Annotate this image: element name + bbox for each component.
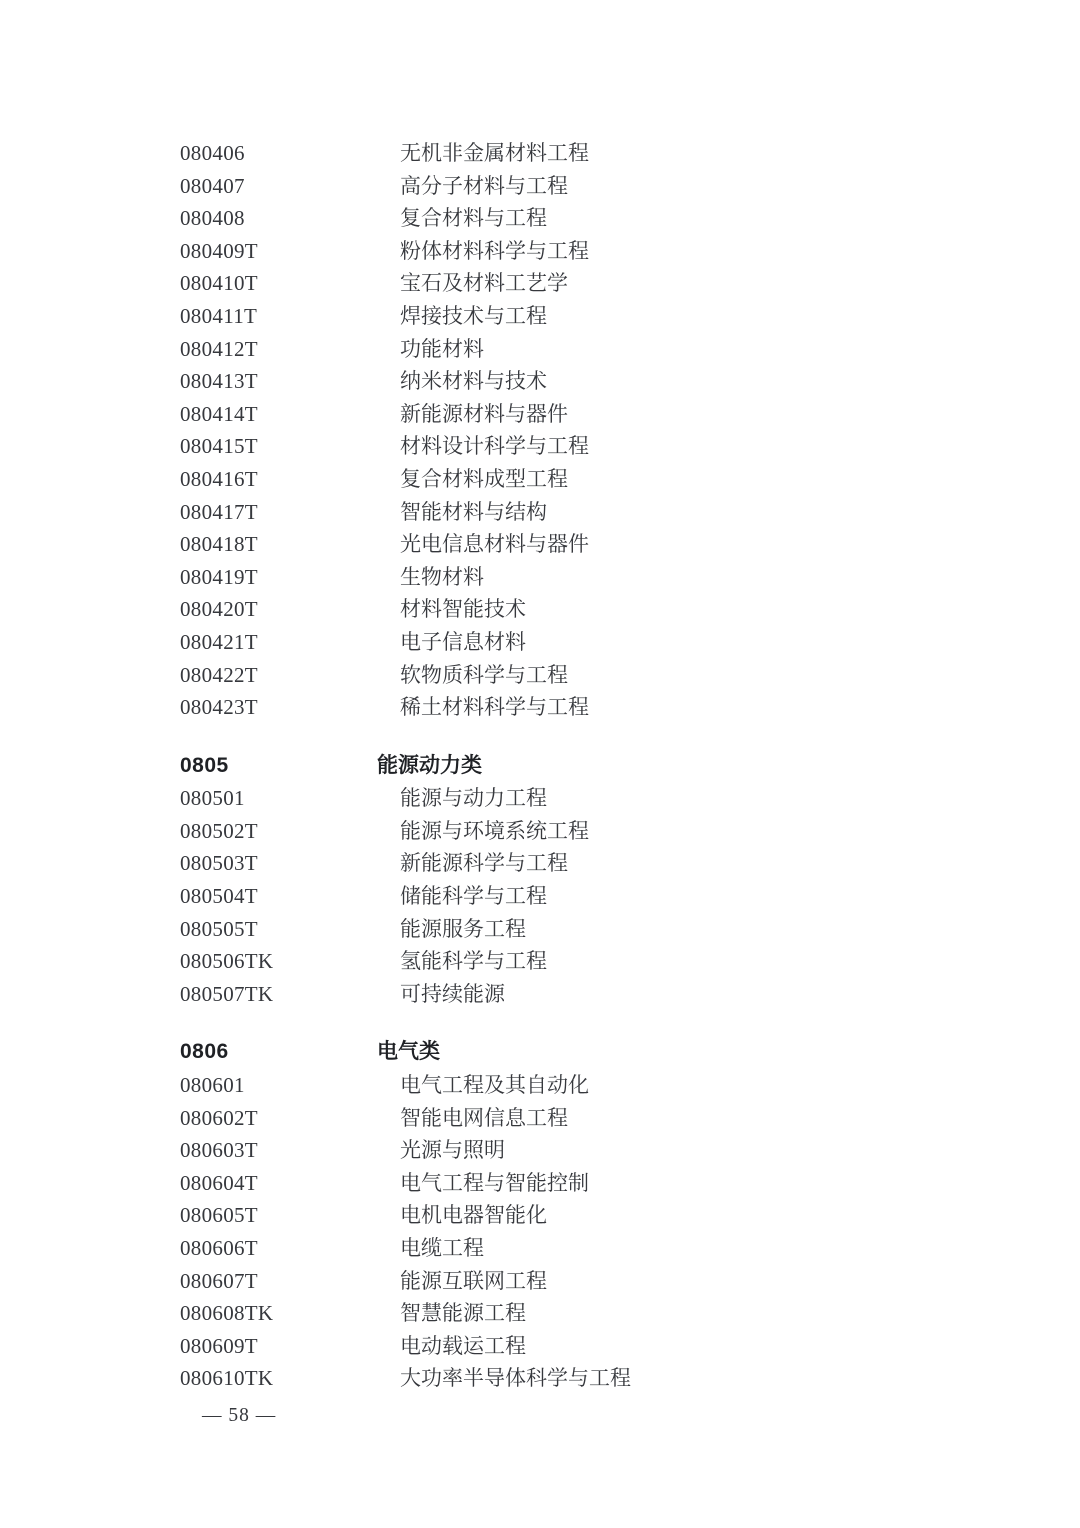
major-code: 080605T [180, 1199, 400, 1232]
major-code: 080420T [180, 593, 400, 626]
major-code-list: 080406 无机非金属材料工程 080407 高分子材料与工程 080408 … [180, 137, 900, 1395]
major-row: 080603T 光源与照明 [180, 1134, 900, 1167]
major-code: 080506TK [180, 945, 400, 978]
major-row: 080502T 能源与环境系统工程 [180, 815, 900, 848]
section-header: 0805 能源动力类 [180, 750, 900, 783]
major-code: 080407 [180, 170, 400, 203]
major-code: 080501 [180, 782, 400, 815]
major-name: 焊接技术与工程 [400, 300, 900, 333]
major-name: 高分子材料与工程 [400, 170, 900, 203]
major-code: 080406 [180, 137, 400, 170]
major-row: 080415T 材料设计科学与工程 [180, 430, 900, 463]
major-row: 080422T 软物质科学与工程 [180, 659, 900, 692]
major-code: 080414T [180, 398, 400, 431]
major-name: 光电信息材料与器件 [400, 528, 900, 561]
major-name: 电机电器智能化 [400, 1199, 900, 1232]
major-name: 复合材料与工程 [400, 202, 900, 235]
major-code: 080604T [180, 1167, 400, 1200]
section-title: 电气类 [377, 1036, 900, 1069]
major-row: 080414T 新能源材料与器件 [180, 398, 900, 431]
major-code: 080415T [180, 430, 400, 463]
major-code: 080421T [180, 626, 400, 659]
major-code: 080422T [180, 659, 400, 692]
major-name: 能源服务工程 [400, 913, 900, 946]
major-row: 080601 电气工程及其自动化 [180, 1069, 900, 1102]
major-code: 080423T [180, 691, 400, 724]
major-code: 080503T [180, 847, 400, 880]
major-code: 080603T [180, 1134, 400, 1167]
major-row: 080605T 电机电器智能化 [180, 1199, 900, 1232]
section-code: 0806 [180, 1036, 400, 1069]
major-row: 080608TK 智慧能源工程 [180, 1297, 900, 1330]
major-name: 储能科学与工程 [400, 880, 900, 913]
major-code: 080417T [180, 496, 400, 529]
major-row: 080411T 焊接技术与工程 [180, 300, 900, 333]
major-row: 080604T 电气工程与智能控制 [180, 1167, 900, 1200]
major-name: 光源与照明 [400, 1134, 900, 1167]
major-name: 电缆工程 [400, 1232, 900, 1265]
major-row: 080412T 功能材料 [180, 333, 900, 366]
major-row: 080416T 复合材料成型工程 [180, 463, 900, 496]
major-code: 080610TK [180, 1362, 400, 1395]
major-name: 材料设计科学与工程 [400, 430, 900, 463]
major-name: 智慧能源工程 [400, 1297, 900, 1330]
major-row: 080507TK 可持续能源 [180, 978, 900, 1011]
major-code: 080416T [180, 463, 400, 496]
major-code: 080606T [180, 1232, 400, 1265]
major-row: 080421T 电子信息材料 [180, 626, 900, 659]
major-code: 080608TK [180, 1297, 400, 1330]
major-row: 080606T 电缆工程 [180, 1232, 900, 1265]
major-code: 080601 [180, 1069, 400, 1102]
major-code: 080409T [180, 235, 400, 268]
major-name: 氢能科学与工程 [400, 945, 900, 978]
major-name: 智能电网信息工程 [400, 1102, 900, 1135]
major-row: 080423T 稀土材料科学与工程 [180, 691, 900, 724]
major-code: 080505T [180, 913, 400, 946]
major-name: 宝石及材料工艺学 [400, 267, 900, 300]
major-code: 080418T [180, 528, 400, 561]
major-row: 080607T 能源互联网工程 [180, 1265, 900, 1298]
major-name: 电动载运工程 [400, 1330, 900, 1363]
major-code: 080502T [180, 815, 400, 848]
major-row: 080506TK 氢能科学与工程 [180, 945, 900, 978]
major-name: 生物材料 [400, 561, 900, 594]
major-name: 智能材料与结构 [400, 496, 900, 529]
major-name: 新能源科学与工程 [400, 847, 900, 880]
major-row: 080410T 宝石及材料工艺学 [180, 267, 900, 300]
major-name: 能源互联网工程 [400, 1265, 900, 1298]
major-code: 080419T [180, 561, 400, 594]
major-row: 080609T 电动载运工程 [180, 1330, 900, 1363]
major-code: 080609T [180, 1330, 400, 1363]
page-number-footer: — 58 — [202, 1403, 276, 1429]
major-row: 080501 能源与动力工程 [180, 782, 900, 815]
major-row: 080406 无机非金属材料工程 [180, 137, 900, 170]
major-row: 080418T 光电信息材料与器件 [180, 528, 900, 561]
major-name: 能源与环境系统工程 [400, 815, 900, 848]
section-title: 能源动力类 [377, 750, 900, 783]
major-row: 080408 复合材料与工程 [180, 202, 900, 235]
major-row: 080407 高分子材料与工程 [180, 170, 900, 203]
major-code: 080412T [180, 333, 400, 366]
major-row: 080419T 生物材料 [180, 561, 900, 594]
major-name: 新能源材料与器件 [400, 398, 900, 431]
major-code: 080607T [180, 1265, 400, 1298]
major-code: 080413T [180, 365, 400, 398]
major-name: 可持续能源 [400, 978, 900, 1011]
major-name: 粉体材料科学与工程 [400, 235, 900, 268]
major-row: 080409T 粉体材料科学与工程 [180, 235, 900, 268]
major-row: 080413T 纳米材料与技术 [180, 365, 900, 398]
major-name: 能源与动力工程 [400, 782, 900, 815]
major-name: 电气工程及其自动化 [400, 1069, 900, 1102]
major-row: 080503T 新能源科学与工程 [180, 847, 900, 880]
major-name: 软物质科学与工程 [400, 659, 900, 692]
section-code: 0805 [180, 750, 400, 783]
major-name: 材料智能技术 [400, 593, 900, 626]
major-code: 080602T [180, 1102, 400, 1135]
major-code: 080410T [180, 267, 400, 300]
major-name: 大功率半导体科学与工程 [400, 1362, 900, 1395]
major-name: 功能材料 [400, 333, 900, 366]
major-name: 电子信息材料 [400, 626, 900, 659]
major-row: 080610TK 大功率半导体科学与工程 [180, 1362, 900, 1395]
major-name: 复合材料成型工程 [400, 463, 900, 496]
major-code: 080504T [180, 880, 400, 913]
major-name: 无机非金属材料工程 [400, 137, 900, 170]
major-row: 080602T 智能电网信息工程 [180, 1102, 900, 1135]
major-code: 080507TK [180, 978, 400, 1011]
major-name: 纳米材料与技术 [400, 365, 900, 398]
major-name: 稀土材料科学与工程 [400, 691, 900, 724]
major-name: 电气工程与智能控制 [400, 1167, 900, 1200]
major-code: 080408 [180, 202, 400, 235]
document-page: 080406 无机非金属材料工程 080407 高分子材料与工程 080408 … [0, 0, 1080, 1528]
major-code: 080411T [180, 300, 400, 333]
major-row: 080504T 储能科学与工程 [180, 880, 900, 913]
major-row: 080417T 智能材料与结构 [180, 496, 900, 529]
section-header: 0806 电气类 [180, 1036, 900, 1069]
major-row: 080505T 能源服务工程 [180, 913, 900, 946]
major-row: 080420T 材料智能技术 [180, 593, 900, 626]
